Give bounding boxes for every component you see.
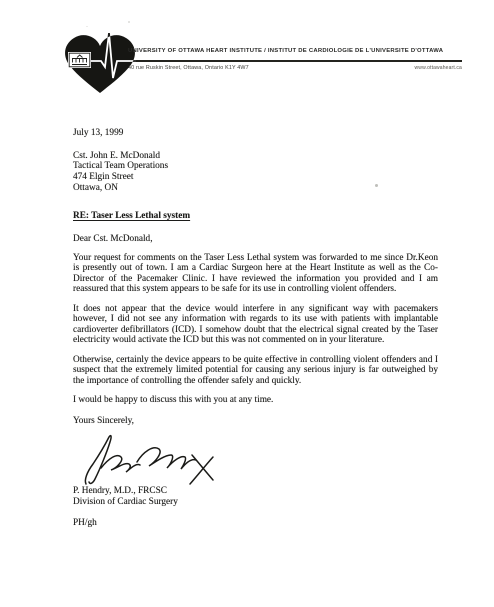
letterhead-website: www.ottawaheart.ca: [415, 65, 462, 71]
paragraph-3: Otherwise, certainly the device appears …: [73, 355, 438, 387]
letterhead-institution: UNIVERSITY OF OTTAWA HEART INSTITUTE / I…: [128, 48, 462, 54]
reference-initials: PH/gh: [73, 518, 438, 529]
heart-ekg-building-icon: [60, 33, 140, 95]
recipient-address-block: Cst. John E. McDonald Tactical Team Oper…: [73, 151, 438, 194]
recipient-street: 474 Elgin Street: [73, 172, 438, 183]
letterhead-rule: [136, 60, 462, 62]
recipient-unit: Tactical Team Operations: [73, 161, 438, 172]
signer-title: Division of Cardiac Surgery: [73, 497, 438, 508]
letter-date: July 13, 1999: [73, 128, 438, 139]
paragraph-4: I would be happy to discuss this with yo…: [73, 395, 438, 406]
scan-artifact: [86, 26, 88, 27]
paragraph-2: It does not appear that the device would…: [73, 304, 438, 346]
letterhead-address: 40 rue Ruskin Street, Ottawa, Ontario K1…: [128, 65, 249, 71]
recipient-city: Ottawa, ON: [73, 183, 438, 194]
signer-name: P. Hendry, M.D., FRCSC: [73, 486, 438, 497]
signature-block: P. Hendry, M.D., FRCSC Division of Cardi…: [73, 486, 438, 508]
handwritten-signature: [79, 428, 438, 486]
recipient-name: Cst. John E. McDonald: [73, 151, 438, 162]
paragraph-1: Your request for comments on the Taser L…: [73, 253, 438, 295]
salutation: Dear Cst. McDonald,: [73, 234, 438, 245]
scanned-letter-page: UNIVERSITY OF OTTAWA HEART INSTITUTE / I…: [0, 0, 494, 607]
letter-body: July 13, 1999 Cst. John E. McDonald Tact…: [73, 128, 438, 529]
subject-line: RE: Taser Less Lethal system: [73, 211, 438, 222]
closing: Yours Sincerely,: [73, 416, 438, 427]
scan-artifact: [128, 21, 130, 23]
